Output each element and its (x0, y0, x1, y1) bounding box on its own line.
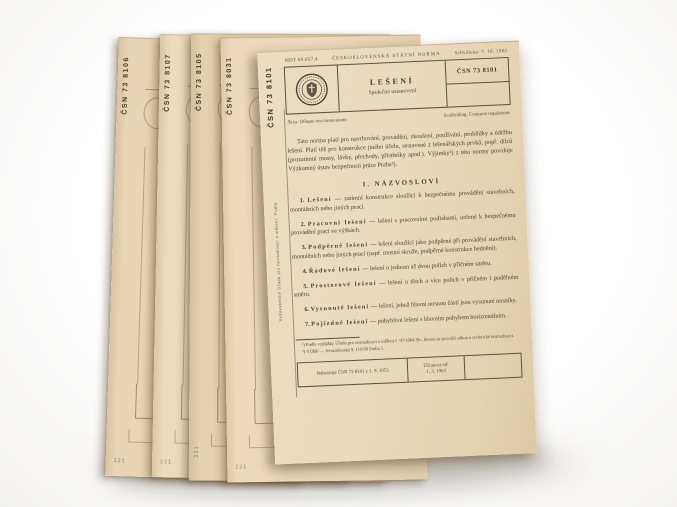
term-number: 6. (304, 306, 309, 313)
term-text: — lešení o jednom až dvou polích v příčn… (362, 260, 492, 273)
publisher-vertical-text: Vydavatelství Úřadu pro normalizaci a mě… (273, 202, 283, 321)
footer-table: Nahrazuje ČSN 73 8101 z 1. 9. 1953 Účinn… (297, 353, 523, 388)
title-english: Scaffolding. Common regulations (444, 111, 510, 119)
title-cell: LEŠENÍ Společná ustanovení (338, 61, 447, 112)
effective-date-cell: Účinnost od: 1. 3. 1963 (408, 357, 466, 382)
sheet-code-vertical: ČSN 73 8106 (122, 56, 131, 115)
term-name: Pojízdné lešení (311, 318, 369, 327)
stamp-number: 221 (114, 458, 126, 464)
term-number: 5. (303, 282, 308, 289)
scope-paragraph: Tato norma platí pro navrhování, provádě… (287, 129, 513, 175)
document-subtitle: Společná ustanovení (368, 88, 416, 96)
term-number: 7. (305, 321, 310, 328)
term-definition: 5. Prostorové lešení — lešení o třech a … (293, 273, 519, 300)
term-number: 4. (303, 268, 308, 275)
term-definition: 2. Pracovní lešení — lešení s pracovními… (291, 211, 517, 238)
margin-line (137, 147, 145, 385)
stamp-number: 221 (160, 459, 172, 465)
document-title: LEŠENÍ (370, 76, 415, 87)
term-definition: 3. Podpěrné lešení — lešení sloužící jak… (292, 235, 518, 262)
title-block: LEŠENÍ Společná ustanovení ČSN 73 8101 (284, 57, 511, 115)
term-number: 2. (301, 221, 306, 228)
empty-code-cell (447, 81, 510, 106)
standard-code: ČSN 73 8101 (446, 58, 509, 84)
mdt-number: MDT 69.057.4 (284, 57, 318, 63)
stamp-number: 221 (235, 464, 247, 470)
replaces-cell: Nahrazuje ČSN 73 8101 z 1. 9. 1953 (298, 359, 409, 387)
term-name: Řadové lešení (309, 265, 361, 274)
term-definition: 1. Lešení — zatímní konstrukce sloužící … (290, 188, 516, 215)
term-name: Lešení (307, 196, 332, 204)
term-name: Pracovní lešení (308, 218, 367, 228)
term-name: Prostorové lešení (310, 279, 377, 289)
stamp-number: 221 (194, 445, 200, 457)
sheet-code-vertical: ČSN 73 8107 (164, 53, 172, 112)
state-seal-icon (294, 72, 329, 107)
margin-line (218, 143, 220, 389)
empty-footer-cell (465, 354, 522, 379)
term-name: Vysunuté lešení (310, 303, 369, 313)
title-russian: Леса. Общие постановления (287, 118, 347, 126)
side-code-vertical: ČSN 73 8101 (264, 66, 276, 128)
margin-line (251, 146, 256, 390)
term-number: 3. (302, 244, 307, 251)
term-number: 1. (299, 197, 304, 204)
document-csn-73-8101: ČSN 73 8101 Vydavatelství Úřadu pro norm… (257, 40, 537, 464)
term-text: — pohyblivé lešení s hlavním pohybem hor… (370, 312, 507, 325)
document-page: MDT 69.057.4 ČESKOSLOVENSKÁ STÁTNÍ NORMA… (283, 47, 525, 457)
term-definition: 7. Pojízdné lešení — pohyblivé lešení s … (295, 312, 520, 331)
photo-of-stacked-standards: ČSN 73 8106 221 ČSN 73 8107 221 ČSN 73 8… (0, 0, 677, 507)
sheet-code-vertical: ČSN 73 8031 (226, 56, 234, 115)
seal-cell (285, 65, 340, 113)
sheet-code-vertical: ČSN 73 8105 (196, 53, 203, 112)
effective-date: 1. 3. 1963 (426, 369, 446, 376)
margin-line (183, 144, 189, 386)
code-cell: ČSN 73 8101 (445, 58, 510, 107)
term-text: — lešení, jehož hlavní nosnou částí jsou… (371, 297, 517, 310)
approval-date: Schválena: 7. 10. 1962 (455, 49, 508, 56)
